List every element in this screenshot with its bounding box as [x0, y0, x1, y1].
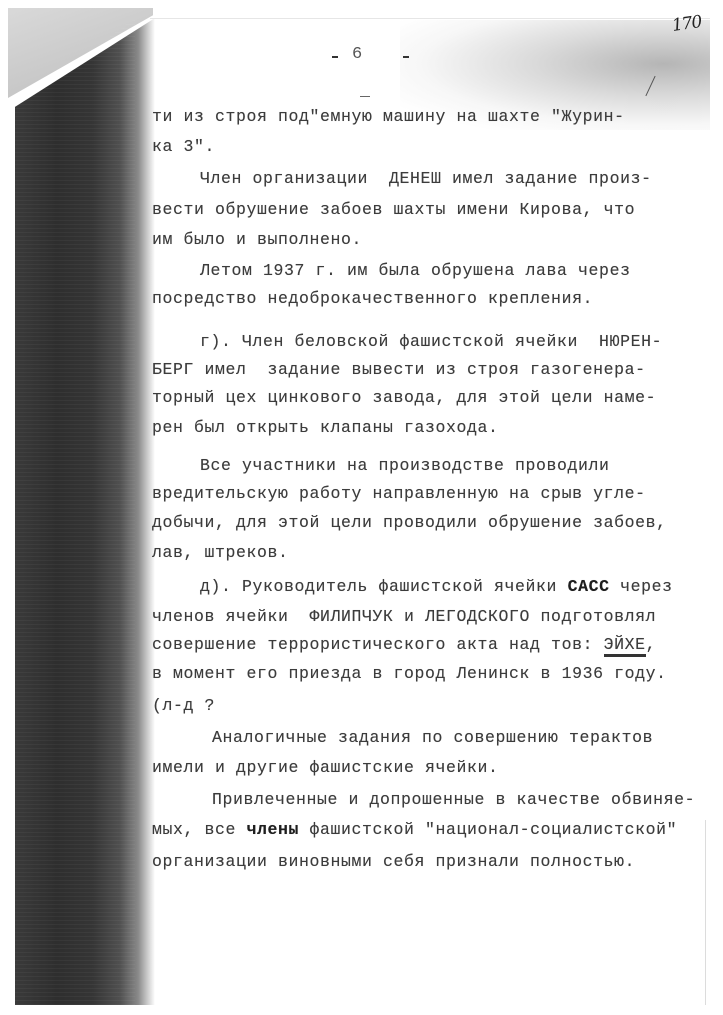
text-line: ка 3".	[152, 137, 215, 157]
text-line: имели и другие фашистские ячейки.	[152, 758, 499, 778]
text-line: мых, все члены фашистской "национал-соци…	[152, 820, 677, 840]
text-line: рен был открыть клапаны газохода.	[152, 418, 499, 438]
text-line: в момент его приезда в город Ленинск в 1…	[152, 664, 667, 684]
text-line: Аналогичные задания по совершению теракт…	[212, 728, 653, 748]
text-line: (л-д ?	[152, 696, 215, 716]
page-top-edge	[150, 18, 710, 19]
bold-name: САСС	[568, 577, 610, 596]
text-line: посредство недоброкачественного креплени…	[152, 289, 593, 309]
text-line: добычи, для этой цели проводили обрушени…	[152, 513, 667, 533]
text-line: ти из строя под"емную машину на шахте "Ж…	[152, 107, 625, 127]
page-number-digit: 6	[352, 45, 362, 64]
text-line: д). Руководитель фашистской ячейки САСС …	[200, 577, 673, 597]
text-line: вести обрушение забоев шахты имени Киров…	[152, 200, 635, 220]
text-segment: мых, все	[152, 820, 247, 839]
text-line: вредительскую работу направленную на сры…	[152, 484, 646, 504]
text-segment: совершение террористического акта над то…	[152, 635, 604, 654]
scan-streaks	[15, 18, 135, 1005]
text-line: г). Член беловской фашистской ячейки НЮР…	[200, 332, 662, 352]
text-line: БЕРГ имел задание вывести из строя газог…	[152, 360, 646, 380]
bold-name: члены	[247, 820, 300, 839]
underline-tick	[360, 96, 370, 97]
text-line: им было и выполнено.	[152, 230, 362, 250]
page-number-dash-left	[332, 56, 338, 58]
text-line: Все участники на производстве проводили	[200, 456, 610, 476]
text-line: Член организации ДЕНЕШ имел задание прои…	[200, 169, 652, 189]
text-line: организации виновными себя признали полн…	[152, 852, 635, 872]
text-segment: ,	[646, 635, 657, 654]
text-line: Привлеченные и допрошенные в качестве об…	[212, 790, 695, 810]
page-number: 6	[352, 45, 362, 64]
text-segment: д). Руководитель фашистской ячейки	[200, 577, 568, 596]
text-line: членов ячейки ФИЛИПЧУК и ЛЕГОДСКОГО подг…	[152, 607, 656, 627]
page-right-edge	[705, 820, 706, 1005]
underlined-name: ЭЙХЕ	[604, 635, 646, 657]
text-line: Летом 1937 г. им была обрушена лава чере…	[200, 261, 631, 281]
page-number-dash-right	[403, 56, 409, 58]
handwritten-folio-number: 170	[671, 12, 703, 36]
text-line: лав, штреков.	[152, 543, 289, 563]
text-segment: через	[610, 577, 673, 596]
text-line: совершение террористического акта над то…	[152, 635, 656, 655]
text-segment: фашистской "национал-социалистской"	[299, 820, 677, 839]
text-line: торный цех цинкового завода, для этой це…	[152, 388, 656, 408]
